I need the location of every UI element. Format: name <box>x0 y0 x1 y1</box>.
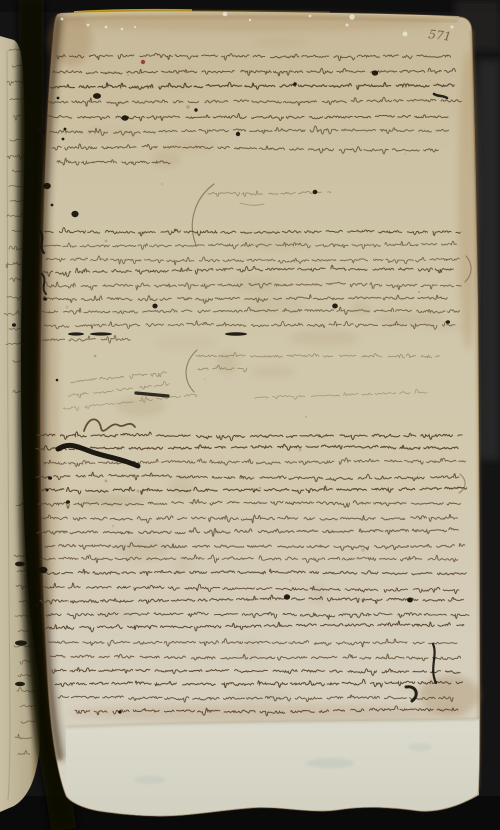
fox-spot <box>161 183 163 185</box>
ink-spot <box>66 500 70 504</box>
fox-spot <box>127 74 129 76</box>
manuscript-photo: 571 <box>0 0 500 830</box>
ink-spot <box>15 640 27 645</box>
blue-smudge <box>408 743 432 751</box>
ink-spot <box>284 594 290 599</box>
ink-spot <box>15 562 25 567</box>
background-right-glow <box>478 60 500 460</box>
ink-spot <box>39 567 48 573</box>
white-spot <box>105 26 108 29</box>
fox-spot <box>418 291 420 293</box>
white-spot <box>309 15 312 18</box>
folio-number: 571 <box>428 27 452 44</box>
fox-spot <box>429 80 430 81</box>
ink-spot <box>62 138 65 141</box>
ink-spot <box>236 132 240 136</box>
white-spot <box>346 24 349 27</box>
stain-bottom-right <box>420 675 480 715</box>
ink-spot <box>446 320 450 324</box>
ink-spot <box>51 204 54 207</box>
manuscript-scene: 571 <box>0 0 500 830</box>
fox-spot <box>112 525 115 528</box>
white-spot <box>403 32 408 37</box>
ink-spot <box>48 476 52 480</box>
parchment-stain <box>151 150 181 168</box>
parchment-stain <box>216 351 238 375</box>
ink-spot <box>71 211 78 217</box>
ink-spot <box>90 332 112 335</box>
white-spot <box>451 26 454 29</box>
fox-spot <box>204 378 205 379</box>
fox-spot <box>186 105 190 109</box>
parchment-stain <box>116 395 166 417</box>
fox-spot <box>404 153 406 155</box>
fox-spot <box>105 480 108 483</box>
ink-spot <box>41 80 45 84</box>
ink-spot <box>68 332 84 335</box>
fox-spot <box>105 240 108 243</box>
white-spot <box>223 12 228 17</box>
ink-spot <box>121 115 128 120</box>
fox-spot <box>65 305 68 308</box>
blue-smudge <box>134 776 166 784</box>
white-spot <box>134 26 136 28</box>
fox-spot <box>94 355 97 358</box>
fox-spot <box>418 473 419 474</box>
ink-spot <box>35 603 39 606</box>
parchment-stain <box>373 313 443 325</box>
parchment-stain <box>241 234 313 250</box>
parchment-stain <box>118 537 168 561</box>
ink-spot <box>194 108 197 111</box>
ink-spot <box>57 97 60 100</box>
parchment-stain <box>350 303 370 315</box>
fox-spot <box>305 416 307 418</box>
parchment-stain <box>254 37 308 47</box>
ink-spot <box>43 297 47 301</box>
white-spot <box>61 18 64 21</box>
white-spot <box>249 19 251 21</box>
bottom-slip-sheet <box>66 719 479 816</box>
parchment-stain <box>154 336 218 350</box>
ink-spot <box>43 183 51 189</box>
blue-smudge <box>306 758 354 768</box>
parchment-stain <box>426 324 466 330</box>
ink-spot <box>225 332 247 336</box>
parchment-stain <box>250 366 296 378</box>
ink-spot <box>43 688 47 691</box>
ink-spot <box>15 682 25 686</box>
parchment-stain <box>309 583 327 605</box>
fox-spot <box>259 487 262 490</box>
fox-spot <box>299 449 302 452</box>
white-spot <box>121 28 124 31</box>
ink-spot <box>152 304 157 309</box>
ink-spot <box>407 598 413 603</box>
parchment-stain <box>97 607 135 625</box>
ink-spot <box>56 379 59 382</box>
ink-spot <box>141 60 145 64</box>
fox-spot <box>137 490 140 493</box>
white-spot <box>349 14 354 19</box>
parchment-stain <box>170 476 194 498</box>
parchment-stain <box>168 139 214 151</box>
ink-spot <box>332 304 338 309</box>
ink-spot <box>37 128 46 135</box>
fox-spot <box>361 548 365 552</box>
fox-spot <box>289 580 291 582</box>
ink-spot <box>293 82 297 86</box>
parchment-stain <box>289 330 359 346</box>
ink-spot <box>12 323 16 327</box>
stain-above-seam <box>70 704 470 722</box>
ink-spot <box>38 648 43 652</box>
ink-spot <box>313 190 318 194</box>
ink-spot <box>64 128 67 131</box>
parchment-stain <box>173 554 193 574</box>
white-spot <box>87 24 90 27</box>
ink-spot <box>118 710 121 713</box>
ink-spot <box>46 489 49 492</box>
ink-spot <box>372 70 378 75</box>
ink-spot <box>93 93 101 99</box>
